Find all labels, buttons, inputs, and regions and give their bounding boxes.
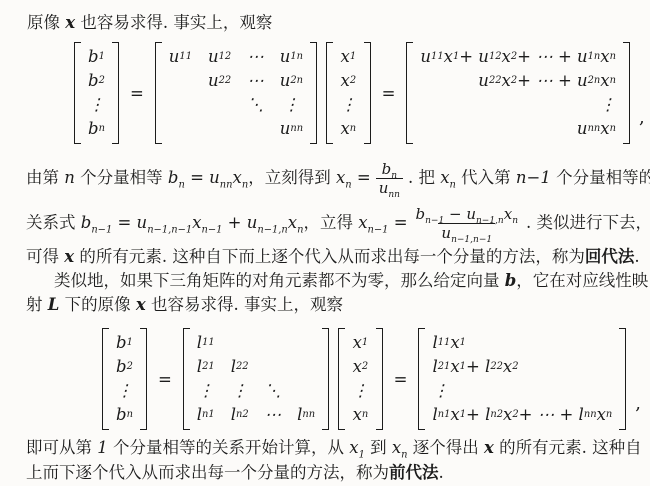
matrix-cell: x2: [352, 355, 369, 379]
matrix-cell: ⋱: [265, 379, 282, 403]
text-run: 也容易求得. 事实上，观察: [146, 293, 343, 317]
matrix-cell: [169, 69, 192, 93]
math-run: 1: [97, 436, 108, 460]
text-run: .: [439, 461, 444, 485]
text-run: ，立刻得到: [248, 166, 336, 190]
matrix-cell: [297, 355, 315, 379]
paragraph4-line1: 即可从第 1 个分量相等的关系开始计算，从 x1 到 xn 逐个得出 x 的所有…: [26, 436, 642, 460]
matrix-equation-forward-substitution: b1b2⋮bn = l11l21l22⋮⋮⋱ln1ln2⋯lnn x1x2⋮xn…: [102, 328, 641, 430]
left-bracket: [338, 328, 345, 430]
matrix-cell: ⋮: [432, 379, 612, 403]
bold-term: 回代法: [585, 245, 635, 269]
matrix-cell: u22: [208, 69, 231, 93]
product-vector-entries: u11x1 + u12x2 + ⋯ + u1nxnu22x2 + ⋯ + u2n…: [413, 42, 623, 144]
matrix-cell: l11x1: [432, 331, 612, 355]
math-run: bn = unnxn: [168, 166, 248, 190]
text-run: 逐个得出: [408, 436, 485, 460]
matrix-cell: ⋮: [88, 93, 105, 117]
matrix-cell: u12: [208, 45, 231, 69]
matrix-cell: u11x1 + u12x2 + ⋯ + u1nxn: [420, 45, 616, 69]
vector-x: x1x2⋮xn: [338, 328, 383, 430]
math-run: n−1: [516, 166, 551, 190]
matrix-cell: ln1: [197, 403, 215, 427]
text-run: 下的原像: [59, 293, 136, 317]
matrix-cell: xn: [352, 403, 369, 427]
math-run: x1: [349, 436, 365, 460]
matrix-cell: bn: [116, 403, 133, 427]
text-run: 上而下逐个代入从而求出每一个分量的方法，称为: [26, 461, 389, 485]
text-run: 的所有元素. 这种自: [494, 436, 642, 460]
matrix-cell: ⋯: [247, 45, 264, 69]
math-run: n: [64, 166, 75, 190]
paragraph4-line2: 上而下逐个代入从而求出每一个分量的方法，称为前代法.: [26, 461, 444, 485]
paragraph2-line3: 可得 x 的所有元素. 这种自下而上逐个代入从而求出每一个分量的方法，称为回代法…: [26, 245, 640, 269]
text-run: 也容易求得. 事实上，观察: [75, 11, 272, 35]
matrix-cell: b1: [116, 331, 133, 355]
matrix-cell: [265, 355, 282, 379]
bold-math-run: x: [484, 436, 494, 460]
matrix-cell: [208, 93, 231, 117]
text-run: 个分量相等: [75, 166, 168, 190]
equals-sign: =: [158, 370, 172, 389]
lower-triangular-entries: l11l21l22⋮⋮⋱ln1ln2⋯lnn: [190, 328, 322, 430]
paragraph3-line2: 射 L 下的原像 x 也容易求得. 事实上，观察: [26, 293, 343, 317]
matrix-cell: [231, 331, 249, 355]
right-bracket: [140, 328, 147, 430]
matrix-equation-back-substitution: b1b2⋮bn = u11u12⋯u1nu22⋯u2n⋱⋮unn x1x2⋮xn…: [74, 42, 645, 144]
left-bracket: [102, 328, 109, 430]
matrix-cell: ln2: [231, 403, 249, 427]
matrix-cell: ln1x1 + ln2x2 + ⋯ + lnnxn: [432, 403, 612, 427]
matrix-cell: [265, 331, 282, 355]
right-bracket: [364, 42, 371, 144]
matrix-cell: [297, 331, 315, 355]
text-run: 的所有元素. 这种自下而上逐个代入从而求出每一个分量的方法，称为: [74, 245, 585, 269]
equals-sign: =: [130, 84, 144, 103]
text-run: 关系式: [26, 211, 81, 235]
right-bracket: [376, 328, 383, 430]
matrix-cell: [169, 93, 192, 117]
fraction: bn−1 − un−1,nxnun−1,n−1: [413, 205, 521, 242]
text-run: .: [634, 245, 639, 269]
matrix-cell: ⋯: [247, 69, 264, 93]
math-run: xn: [392, 436, 408, 460]
right-bracket: [112, 42, 119, 144]
matrix-cell: l11: [197, 331, 215, 355]
equals-sign: =: [394, 370, 408, 389]
matrix-cell: l21: [197, 355, 215, 379]
matrix-cell: u11: [169, 45, 192, 69]
lower-triangular-matrix: l11l21l22⋮⋮⋱ln1ln2⋯lnn: [183, 328, 329, 430]
matrix-cell: ⋮: [197, 379, 215, 403]
matrix-cell: b1: [88, 45, 105, 69]
text-run: 射: [26, 293, 48, 317]
matrix-cell: u2n: [280, 69, 303, 93]
text-run: 代入第: [456, 166, 516, 190]
matrix-cell: u22x2 + ⋯ + u2nxn: [420, 69, 616, 93]
paragraph2-line1: 由第 n 个分量相等 bn = unnxn，立刻得到 xn =bnunn. 把 …: [26, 155, 650, 201]
fraction: bnunn: [376, 160, 403, 197]
paragraph1-line1: 原像 x 也容易求得. 事实上，观察: [27, 11, 272, 35]
matrix-cell: ⋯: [265, 403, 282, 427]
matrix-cell: l21x1 + l22x2: [432, 355, 612, 379]
textbook-page: 原像 x 也容易求得. 事实上，观察 b1b2⋮bn = u11u12⋯u1nu…: [0, 0, 650, 486]
matrix-cell: unnxn: [420, 117, 616, 141]
left-bracket: [418, 328, 425, 430]
vector-x-entries: x1x2⋮xn: [345, 328, 376, 430]
right-bracket: [623, 42, 630, 144]
matrix-cell: ⋮: [352, 379, 369, 403]
left-bracket: [326, 42, 333, 144]
text-run: 可得: [26, 245, 64, 269]
left-bracket: [406, 42, 413, 144]
right-bracket: [619, 328, 626, 430]
vector-x-entries: x1x2⋮xn: [333, 42, 364, 144]
matrix-cell: ⋮: [420, 93, 616, 117]
text-run: . 类似进行下去，: [526, 211, 650, 235]
trailing-comma: ,: [639, 107, 645, 128]
text-run: ，立得: [303, 211, 358, 235]
matrix-cell: ⋮: [231, 379, 249, 403]
text-run: 个分量相等的关系开始计算，从: [108, 436, 350, 460]
upper-triangular-matrix: u11u12⋯u1nu22⋯u2n⋱⋮unn: [155, 42, 317, 144]
matrix-cell: [297, 379, 315, 403]
vector-b-entries: b1b2⋮bn: [109, 328, 140, 430]
left-bracket: [74, 42, 81, 144]
matrix-cell: [247, 117, 264, 141]
right-bracket: [322, 328, 329, 430]
matrix-cell: ⋮: [340, 93, 357, 117]
upper-triangular-entries: u11u12⋯u1nu22⋯u2n⋱⋮unn: [162, 42, 310, 144]
math-run: xn: [440, 166, 456, 190]
paragraph2-line2: 关系式 bn−1 = un−1,n−1xn−1 + un−1,nxn，立得 xn…: [26, 199, 650, 247]
denominator: unn: [376, 178, 403, 197]
product-vector: l11x1l21x1 + l22x2⋮ln1x1 + ln2x2 + ⋯ + l…: [418, 328, 626, 430]
matrix-cell: x1: [352, 331, 369, 355]
matrix-cell: l22: [231, 355, 249, 379]
bold-math-run: b: [505, 269, 517, 293]
matrix-cell: ⋱: [247, 93, 264, 117]
trailing-comma: ,: [635, 393, 641, 414]
denominator: un−1,n−1: [438, 223, 495, 242]
vector-b: b1b2⋮bn: [102, 328, 147, 430]
paragraph3-line1: 类似地，如果下三角矩阵的对角元素都不为零，那么给定向量 b，它在对应线性映: [54, 269, 648, 293]
product-vector-entries: l11x1l21x1 + l22x2⋮ln1x1 + ln2x2 + ⋯ + l…: [425, 328, 619, 430]
math-run: xn−1 =: [358, 211, 407, 235]
equals-sign: =: [382, 84, 396, 103]
left-bracket: [183, 328, 190, 430]
numerator: bn: [379, 160, 400, 178]
matrix-cell: xn: [340, 117, 357, 141]
bold-term: 前代法: [389, 461, 439, 485]
matrix-cell: x1: [340, 45, 357, 69]
matrix-cell: u1n: [280, 45, 303, 69]
vector-x: x1x2⋮xn: [326, 42, 371, 144]
bold-math-run: x: [64, 245, 74, 269]
vector-b: b1b2⋮bn: [74, 42, 119, 144]
matrix-cell: lnn: [297, 403, 315, 427]
text-run: 到: [365, 436, 392, 460]
matrix-cell: b2: [88, 69, 105, 93]
matrix-cell: b2: [116, 355, 133, 379]
bold-math-run: L: [48, 293, 60, 317]
numerator: bn−1 − un−1,nxn: [413, 205, 521, 223]
matrix-cell: unn: [280, 117, 303, 141]
math-run: xn =: [336, 166, 371, 190]
matrix-cell: ⋮: [116, 379, 133, 403]
text-run: ，它在对应线性映: [516, 269, 648, 293]
text-run: 即可从第: [26, 436, 97, 460]
product-vector: u11x1 + u12x2 + ⋯ + u1nxnu22x2 + ⋯ + u2n…: [406, 42, 630, 144]
text-run: 个分量相等的: [551, 166, 650, 190]
text-run: 类似地，如果下三角矩阵的对角元素都不为零，那么给定向量: [54, 269, 505, 293]
left-bracket: [155, 42, 162, 144]
text-run: 由第: [26, 166, 64, 190]
bold-math-run: x: [136, 293, 146, 317]
matrix-cell: x2: [340, 69, 357, 93]
right-bracket: [310, 42, 317, 144]
matrix-cell: [169, 117, 192, 141]
math-run: bn−1 = un−1,n−1xn−1 + un−1,nxn: [81, 211, 304, 235]
matrix-cell: [208, 117, 231, 141]
bold-math-run: x: [65, 11, 75, 35]
vector-b-entries: b1b2⋮bn: [81, 42, 112, 144]
text-run: 原像: [27, 11, 65, 35]
matrix-cell: bn: [88, 117, 105, 141]
matrix-cell: ⋮: [280, 93, 303, 117]
text-run: . 把: [408, 166, 440, 190]
